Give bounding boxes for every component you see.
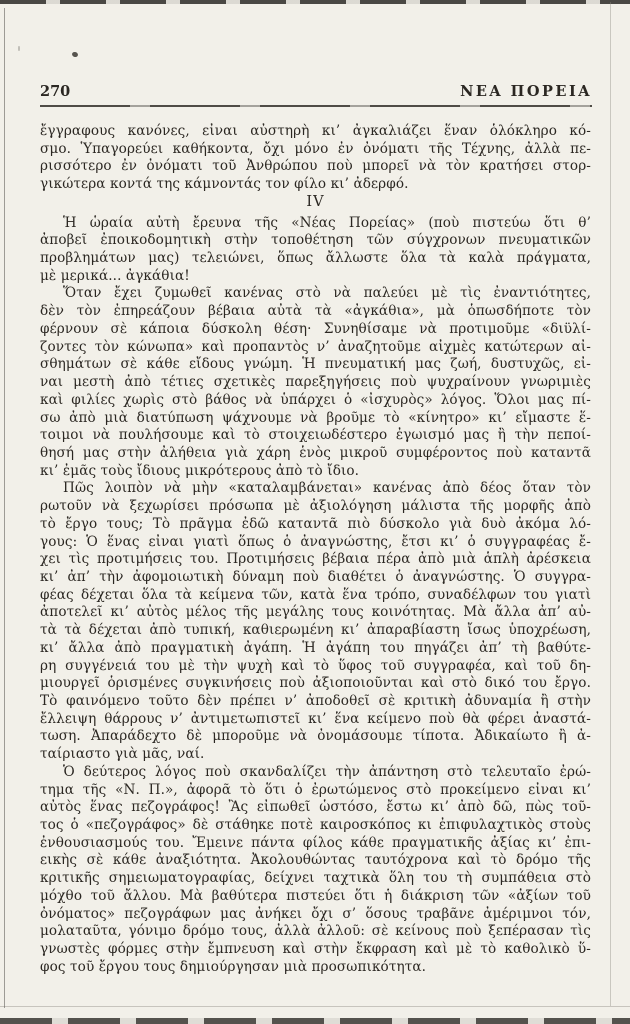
ink-speck-faint <box>18 46 20 51</box>
text-line: φέας δέχεται ὅλα τὰ κείμενα τῶν, κατὰ ἕν… <box>40 587 591 605</box>
scan-fold-line <box>0 1006 630 1007</box>
text-line: εικὴς σὲ κάθε ἀναξιότητα. Ἀκολουθώντας τ… <box>40 852 591 870</box>
journal-title: ΝΕΑ ΠΟΡΕΙΑ <box>460 83 592 101</box>
scan-edge-top <box>0 0 630 4</box>
text-line: κριτικῆς σημειωματογραφίας, δείχνει ταχτ… <box>40 870 591 888</box>
text-line: ζοντες τὸν κώνωπα» καὶ προπαντὸς ν’ ἀναζ… <box>40 339 591 357</box>
page-number: 270 <box>40 83 70 101</box>
text-line: φος τοῦ ἔργου τους δημιούργησαν μιὰ προσ… <box>40 959 591 977</box>
text-line: ὀνόματος» πεζογράφων μας ἀνήκει ὄχι σ’ ὅ… <box>40 906 591 924</box>
text-line: προβλημάτων μας) τελειώνει, ὅπως ἄλλωστε… <box>40 250 591 268</box>
text-line: τὸ ἔργο τους; Τὸ πρᾶγμα ἐδῶ καταντᾶ πιὸ … <box>40 516 591 534</box>
text-line: ρισσότερο ἐν ὀνόματι τοῦ Ἀνθρώπου ποὺ μπ… <box>40 158 591 176</box>
text-line: γους: Ὁ ἕνας εἶναι γιατὶ ὅπως ὁ ἀναγνώστ… <box>40 534 591 552</box>
text-line: κι’ ἀπ’ τὴν ἀφομοιωτικὴ δύναμη ποὺ διαθέ… <box>40 569 591 587</box>
text-line: γικώτερα κοντά της κάμνοντάς τον φίλο κι… <box>40 176 591 194</box>
paragraph: Ὁ δεύτερος λόγος ποὺ σκανδαλίζει τὴν ἀπά… <box>40 764 591 977</box>
paragraph: Πῶς λοιπὸν νὰ μὴν «καταλαμβάνεται» κανέν… <box>40 480 591 764</box>
running-head: 270 ΝΕΑ ΠΟΡΕΙΑ <box>40 83 592 101</box>
text-line: σω ἀπὸ μιὰ διατύπωση ψάχνουμε νὰ βροῦμε … <box>40 410 591 428</box>
text-line: γνωστὲς φόρμες στὴν ἔμπνευση καὶ στὴν ἔκ… <box>40 941 591 959</box>
text-line: ἐνθουσιασμούς του. Ἔμεινε πάντα φίλος κά… <box>40 835 591 853</box>
section-heading: IV <box>40 194 591 212</box>
scan-edge-right <box>610 2 611 1006</box>
paragraph: Ἡ ὡραία αὐτὴ ἔρευνα τῆς «Νέας Πορείας» (… <box>40 215 591 286</box>
text-line: θησή μας στὴν ἀλήθεια γιὰ χάρη ἑνὸς μικρ… <box>40 445 591 463</box>
text-line: ναι μεστὴ ἀπὸ τέτιες σχετικὲς παρεξηγήσε… <box>40 374 591 392</box>
text-line: κι’ ἄλλα ἀπὸ πραγματικὴ ἀγάπη. Ἡ ἀγάπη τ… <box>40 640 591 658</box>
text-line: Ἡ ὡραία αὐτὴ ἔρευνα τῆς «Νέας Πορείας» (… <box>40 215 591 233</box>
text-line: ρωτοῦν νὰ ξεχωρίσει πρόσωπα μὲ ἀξιολόγησ… <box>40 498 591 516</box>
text-line: Ὅταν ἔχει ζυμωθεῖ κανένας στὸ νὰ παλεύει… <box>40 285 591 303</box>
text-line: Τὸ φαινόμενο τοῦτο δὲν πρέπει ν’ ἀποδοθε… <box>40 693 591 711</box>
text-line: σθημάτων σὲ κάθε εἴδους γνώμη. Ἡ πνευματ… <box>40 356 591 374</box>
text-line: τος ὁ «πεζογράφος» δὲ στάθηκε ποτὲ καιρο… <box>40 817 591 835</box>
text-line: Πῶς λοιπὸν νὰ μὴν «καταλαμβάνεται» κανέν… <box>40 480 591 498</box>
text-line: ἔλλειψη θάρρους ν’ ἀντιμετωπιστεῖ κι’ ἕν… <box>40 711 591 729</box>
paragraph: ἔγγραφους κανόνες, εἶναι αὐστηρὴ κι’ ἀγκ… <box>40 123 591 194</box>
text-line: ταίριαστο γιὰ μᾶς, ναί. <box>40 746 591 764</box>
text-line: μὲ μερικά... ἀγκάθια! <box>40 268 591 286</box>
text-line: φέρνουν σὲ κάποια δύσκολη θέση· Συνηθίσα… <box>40 321 591 339</box>
scan-edge-bottom <box>0 1018 630 1024</box>
text-line: μιουργεῖ ὁρισμένες συγκινήσεις ποὺ ἀξιοπ… <box>40 675 591 693</box>
text-line: κι’ ἐμᾶς τοὺς ἴδιους μικρότερους ἀπὸ τὸ … <box>40 463 591 481</box>
scan-edge-left <box>4 8 5 1008</box>
text-line: χει τὶς προτιμήσεις του. Προτιμήσεις βέβ… <box>40 551 591 569</box>
text-line: τοιμοι νὰ πουλήσουμε καὶ τὸ στοιχειωδέστ… <box>40 427 591 445</box>
text-line: σμο. Ὑπαγορεύει καθήκοντα, ὄχι μόνο ἐν ὀ… <box>40 141 591 159</box>
text-line: καὶ φιλίες χωρὶς στὸ βάθος νὰ ὑπάρχει ὁ … <box>40 392 591 410</box>
text-block: ἔγγραφους κανόνες, εἶναι αὐστηρὴ κι’ ἀγκ… <box>40 123 591 977</box>
text-line: τὰ τὰ δέχεται ἀπὸ τυπική, καθιερωμένη κι… <box>40 622 591 640</box>
text-line: ἀποβεῖ ἐποικοδομητικὴ στὴν τοποθέτηση τῶ… <box>40 232 591 250</box>
ink-speck <box>71 51 78 58</box>
text-line: Ὁ δεύτερος λόγος ποὺ σκανδαλίζει τὴν ἀπά… <box>40 764 591 782</box>
text-line: δὲν τὸν ἐπηρεάζουν βέβαια αὐτὰ τὰ «ἀγκάθ… <box>40 303 591 321</box>
text-line: τημα τῆς «Ν. Π.», ἀφορᾶ τὸ ὅτι ὁ ἐρωτώμε… <box>40 782 591 800</box>
text-line: ἔγγραφους κανόνες, εἶναι αὐστηρὴ κι’ ἀγκ… <box>40 123 591 141</box>
text-line: ρη συγγένειά του μὲ τὴν ψυχὴ καὶ τὸ ὕφος… <box>40 658 591 676</box>
text-line: ἀποτελεῖ κι’ αὐτὸς μέλος τῆς μεγάλης του… <box>40 604 591 622</box>
header-rule <box>40 105 592 107</box>
scanned-book-page: 270 ΝΕΑ ΠΟΡΕΙΑ ἔγγραφους κανόνες, εἶναι … <box>0 0 630 1024</box>
text-line: μολαταῦτα, γόνιμο δρόμο τους, ἀλλὰ ἀλλοῦ… <box>40 923 591 941</box>
paragraph: Ὅταν ἔχει ζυμωθεῖ κανένας στὸ νὰ παλεύει… <box>40 285 591 480</box>
text-line: αὐτὸς ἕνας πεζογράφος! Ἂς εἰπωθεῖ ὡστόσο… <box>40 799 591 817</box>
text-line: τωση. Ἀπαράδεχτο δὲ μποροῦμε νὰ ὀνομάσου… <box>40 728 591 746</box>
text-line: μόχθο τοῦ ἄλλου. Μὰ βαθύτερα πιστεύει ὅτ… <box>40 888 591 906</box>
